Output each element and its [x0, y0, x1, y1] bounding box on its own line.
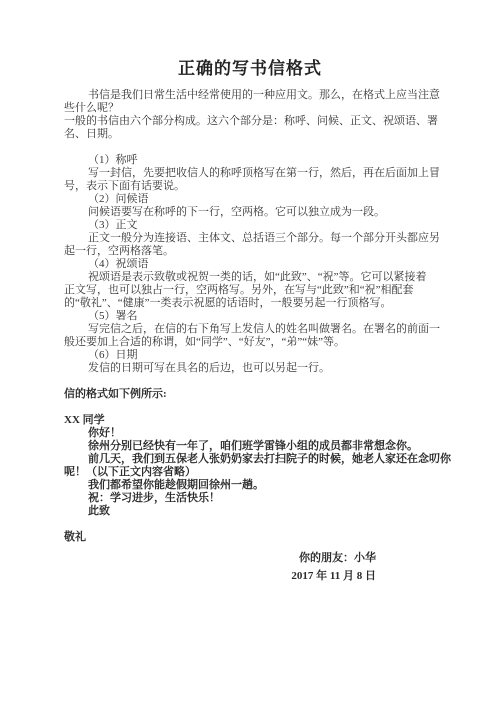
section-4-text: 祝颂语是表示致敬或祝贺一类的话，如“此致”、“祝”等。它可以紧接着 — [64, 271, 442, 284]
letter-closing-cizhi: 此致 — [64, 505, 442, 518]
section-5-text: 写完信之后，在信的右下角写上发信人的姓名叫做署名。在署名的前面一 — [64, 323, 442, 336]
blank-line — [64, 141, 442, 154]
blank-line — [64, 401, 442, 414]
section-4-text: 的“敬礼”、“健康”一类表示祝愿的话语时，一般要另起一行顶格写。 — [64, 297, 442, 310]
page-title: 正确的写书信格式 — [64, 54, 442, 79]
intro-line: 书信是我们日常生活中经常使用的一种应用文。那么，在格式上应当注意 — [64, 89, 442, 102]
document-page: 正确的写书信格式 书信是我们日常生活中经常使用的一种应用文。那么，在格式上应当注… — [0, 0, 500, 708]
section-3-text: 正文一般分为连接语、主体文、总括语三个部分。每一个部分开头都应另 — [64, 232, 442, 245]
letter-body-line: 徐州分别已经快有一年了，咱们班学雷锋小组的成员都非常想念你。 — [64, 440, 442, 453]
section-6-text: 发信的日期可写在具名的后边，也可以另起一行。 — [64, 362, 442, 375]
letter-body-line: 前几天，我们到五保老人张奶奶家去打扫院子的时候，她老人家还在念叨你 — [64, 453, 442, 466]
section-4-heading: （4）祝颂语 — [64, 258, 442, 271]
section-4-text: 正文写，也可以独占一行，空两格写。另外，在写与“此致”和“祝”相配套 — [64, 284, 442, 297]
letter-body-line: 我们都希望你能趁假期回徐州一趟。 — [64, 479, 442, 492]
section-1-heading: （1）称呼 — [64, 154, 442, 167]
blank-line — [64, 375, 442, 388]
section-2-heading: （2）问候语 — [64, 193, 442, 206]
signature-block: 你的朋友：小华 2017 年 11 月 8 日 — [64, 549, 442, 585]
section-1-text: 号，表示下面有话要说。 — [64, 180, 442, 193]
section-3-heading: （3）正文 — [64, 219, 442, 232]
letter-body-line: 呢！（以下正文内容省略） — [64, 466, 442, 479]
section-5-heading: （5）署名 — [64, 310, 442, 323]
example-intro: 信的格式如下例所示: — [64, 388, 442, 401]
intro-line: 些什么呢？ — [64, 102, 442, 115]
section-6-heading: （6）日期 — [64, 349, 442, 362]
letter-greeting: 你好！ — [64, 427, 442, 440]
section-2-text: 问候语要写在称呼的下一行，空两格。它可以独立成为一段。 — [64, 206, 442, 219]
letter-salutation: XX 同学 — [64, 414, 442, 427]
letter-wish-line: 祝：学习进步，生活快乐！ — [64, 492, 442, 505]
section-1-text: 写一封信，先要把收信人的称呼顶格写在第一行，然后，再在后面加上冒 — [64, 167, 442, 180]
letter-signature: 你的朋友：小华 — [64, 549, 376, 567]
letter-closing-jingli: 敬礼 — [64, 531, 442, 544]
blank-line — [64, 518, 442, 531]
intro-line: 一般的书信由六个部分构成。这六个部分是：称呼、问候、正文、祝颂语、署 — [64, 115, 442, 128]
section-3-text: 起一行，空两格落笔。 — [64, 245, 442, 258]
section-5-text: 般还要加上合适的称谓，如“同学”、“好友”，“弟”“妹”等。 — [64, 336, 442, 349]
letter-date: 2017 年 11 月 8 日 — [64, 567, 376, 585]
intro-line: 名、日期。 — [64, 128, 442, 141]
